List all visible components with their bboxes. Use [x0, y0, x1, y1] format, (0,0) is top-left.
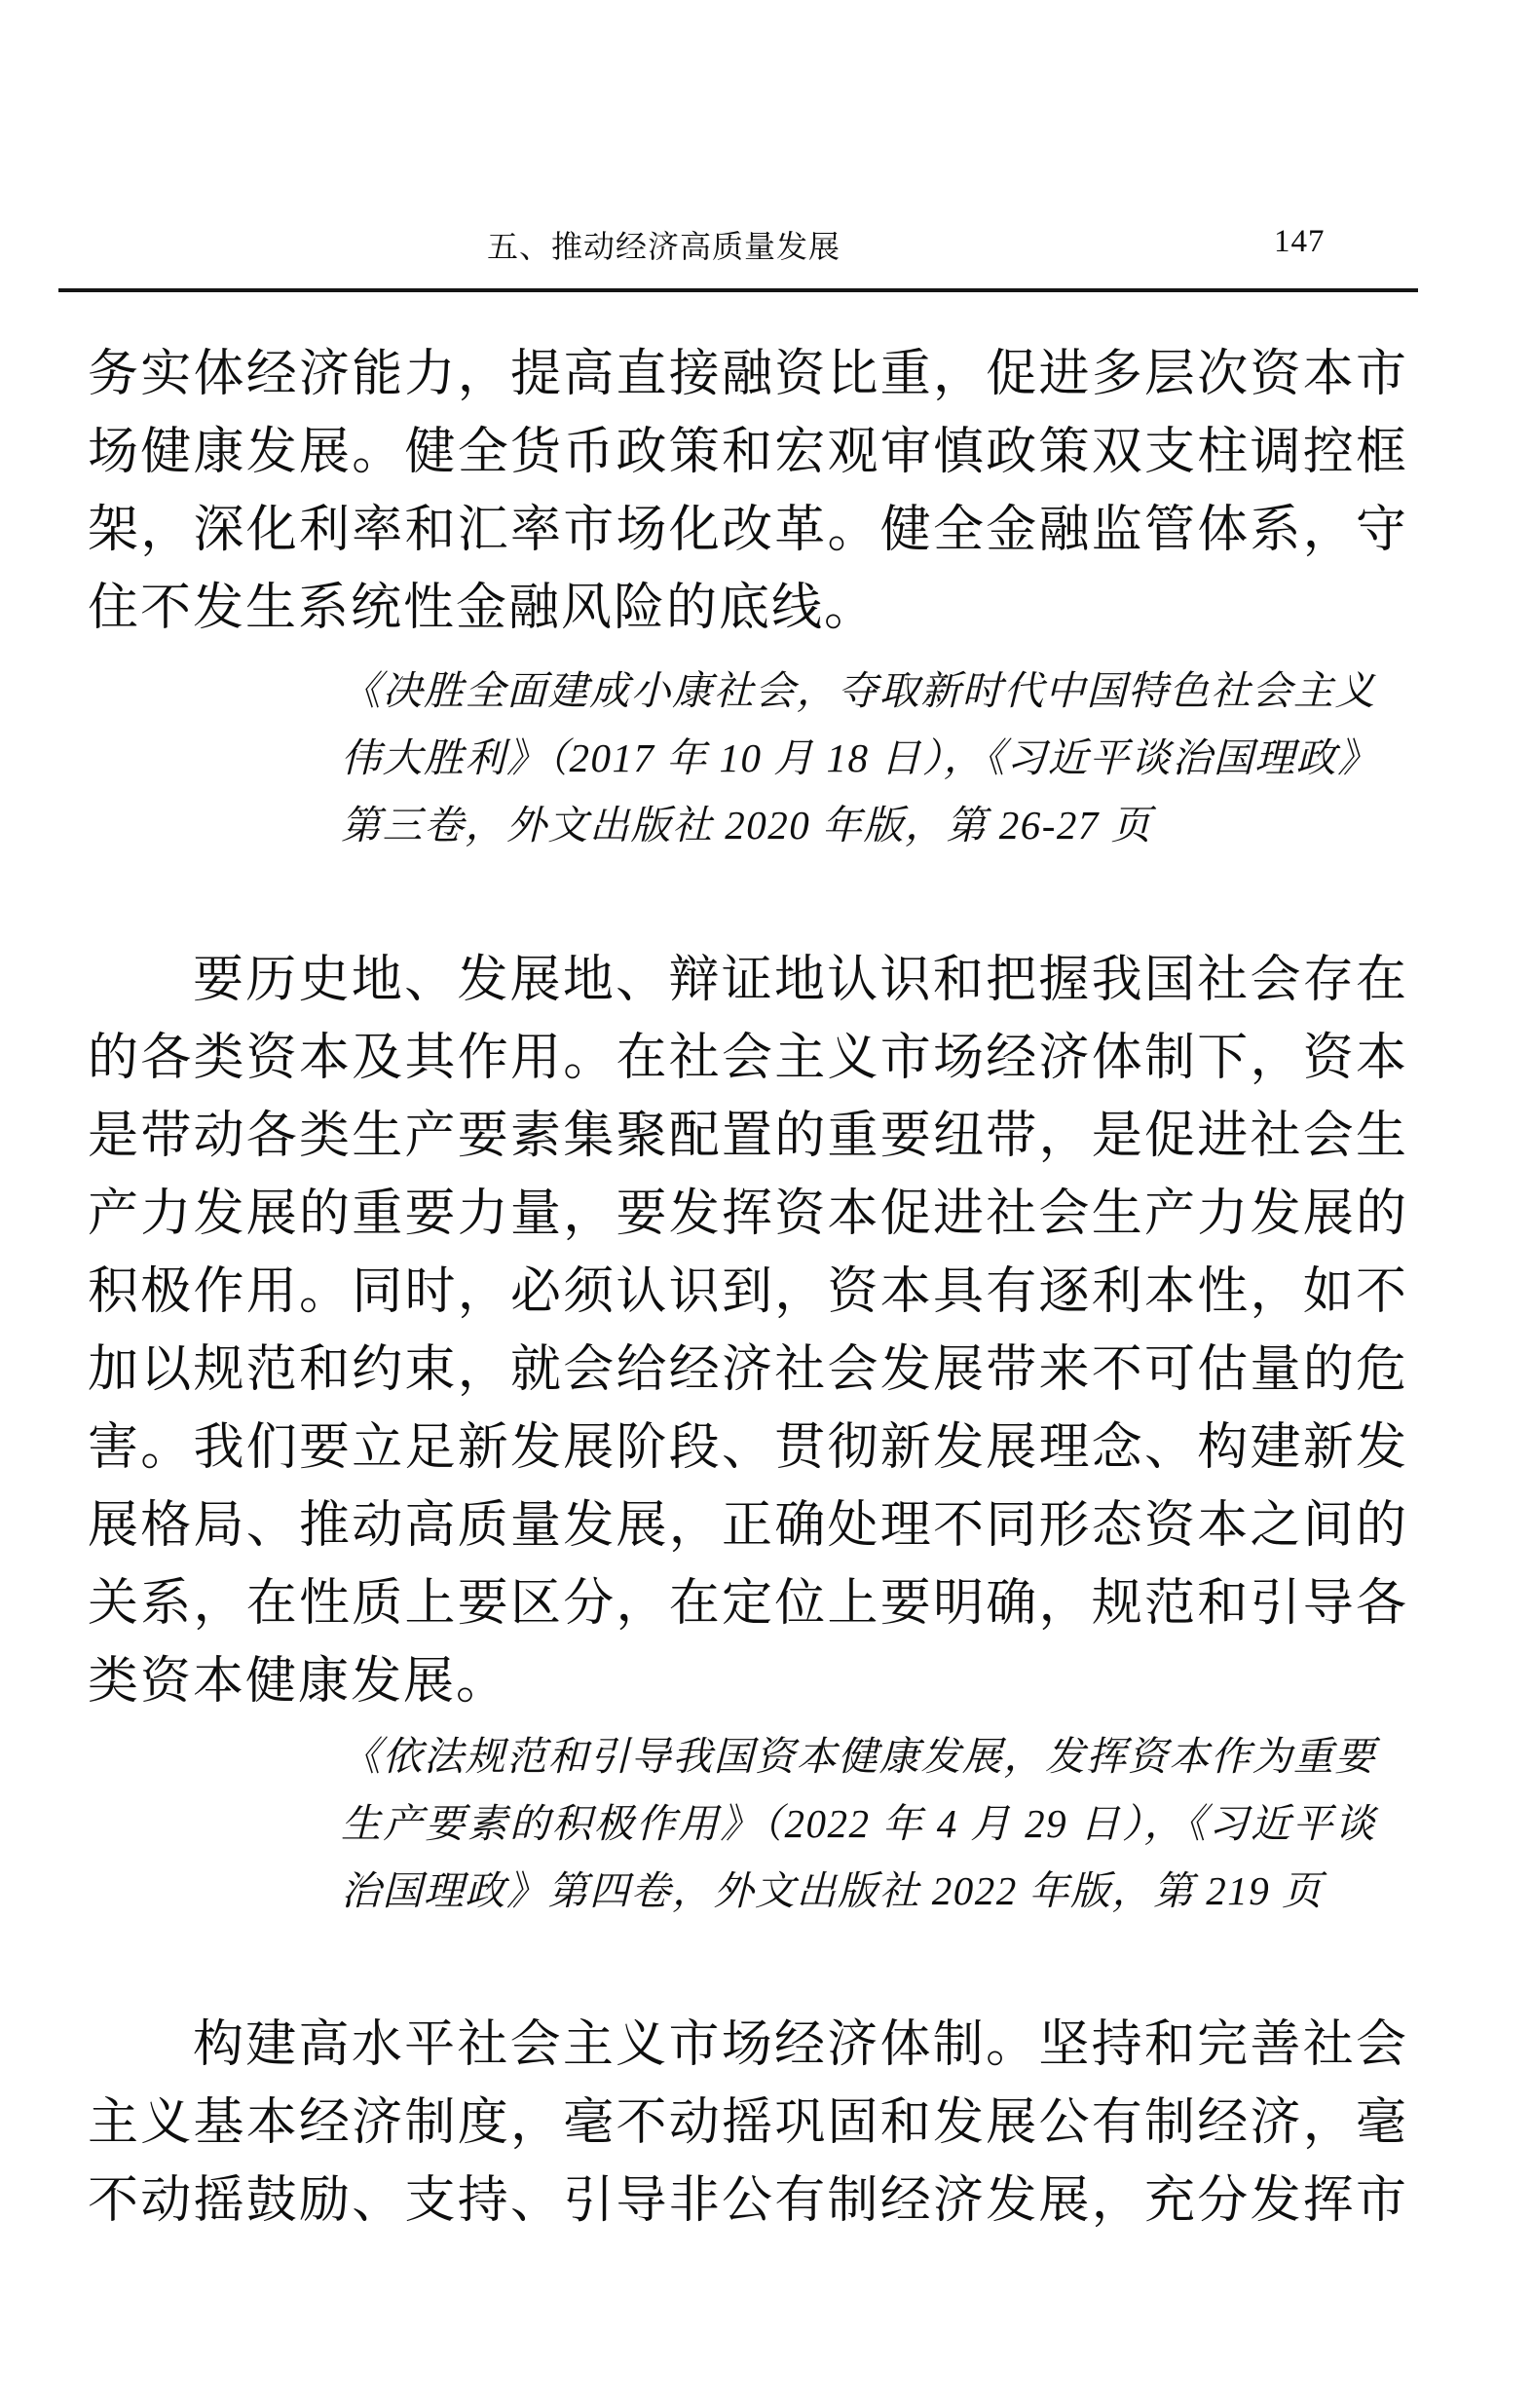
body-paragraph: 构建高水平社会主义市场经济体制。坚持和完善社会主义基本经济制度，毫不动摇巩固和发…	[88, 2007, 1408, 2240]
header-divider-rule	[58, 288, 1418, 292]
running-head-title: 五、推动经济高质量发展	[487, 222, 841, 267]
citation-block: 《决胜全面建成小康社会，夺取新时代中国特色社会主义伟大胜利》（2017 年 10…	[341, 658, 1376, 859]
text-line: 关系，在性质上要区分，在定位上要明确，规范和引导各	[88, 1565, 1408, 1643]
text-line: 要历史地、发展地、辩证地认识和把握我国社会存在	[88, 942, 1408, 1020]
text-line: 《依法规范和引导我国资本健康发展，发挥资本作为重要	[341, 1723, 1376, 1790]
text-line: 的各类资本及其作用。在社会主义市场经济体制下，资本	[88, 1020, 1408, 1098]
body-paragraph: 务实体经济能力，提高直接融资比重，促进多层次资本市场健康发展。健全货币政策和宏观…	[88, 336, 1408, 648]
text-line: 务实体经济能力，提高直接融资比重，促进多层次资本市	[88, 336, 1408, 414]
document-content: 务实体经济能力，提高直接融资比重，促进多层次资本市场健康发展。健全货币政策和宏观…	[88, 336, 1408, 2240]
text-line: 架，深化利率和汇率市场化改革。健全金融监管体系，守	[88, 492, 1408, 570]
text-line: 主义基本经济制度，毫不动摇巩固和发展公有制经济，毫	[88, 2085, 1408, 2163]
text-line: 类资本健康发展。	[88, 1643, 1408, 1721]
text-line: 展格局、推动高质量发展，正确处理不同形态资本之间的	[88, 1487, 1408, 1565]
page-number: 147	[1274, 224, 1326, 260]
citation-block: 《依法规范和引导我国资本健康发展，发挥资本作为重要生产要素的积极作用》（2022…	[341, 1723, 1376, 1925]
text-line: 第三卷，外文出版社 2020 年版，第 26-27 页	[341, 792, 1376, 859]
text-line: 不动摇鼓励、支持、引导非公有制经济发展，充分发挥市	[88, 2163, 1408, 2240]
text-line: 住不发生系统性金融风险的底线。	[88, 570, 1408, 648]
text-line: 是带动各类生产要素集聚配置的重要纽带，是促进社会生	[88, 1098, 1408, 1176]
text-line: 伟大胜利》（2017 年 10 月 18 日），《习近平谈治国理政》	[341, 725, 1376, 792]
text-line: 《决胜全面建成小康社会，夺取新时代中国特色社会主义	[341, 658, 1376, 725]
text-line: 加以规范和约束，就会给经济社会发展带来不可估量的危	[88, 1332, 1408, 1410]
text-line: 害。我们要立足新发展阶段、贯彻新发展理念、构建新发	[88, 1410, 1408, 1487]
text-line: 治国理政》第四卷，外文出版社 2022 年版，第 219 页	[341, 1858, 1376, 1925]
text-line: 生产要素的积极作用》（2022 年 4 月 29 日），《习近平谈	[341, 1790, 1376, 1858]
body-paragraph: 要历史地、发展地、辩证地认识和把握我国社会存在的各类资本及其作用。在社会主义市场…	[88, 942, 1408, 1721]
book-page: 五、推动经济高质量发展 147 务实体经济能力，提高直接融资比重，促进多层次资本…	[0, 0, 1532, 2408]
text-line: 构建高水平社会主义市场经济体制。坚持和完善社会	[88, 2007, 1408, 2085]
text-line: 场健康发展。健全货币政策和宏观审慎政策双支柱调控框	[88, 414, 1408, 492]
text-line: 积极作用。同时，必须认识到，资本具有逐利本性，如不	[88, 1254, 1408, 1332]
text-line: 产力发展的重要力量，要发挥资本促进社会生产力发展的	[88, 1176, 1408, 1254]
